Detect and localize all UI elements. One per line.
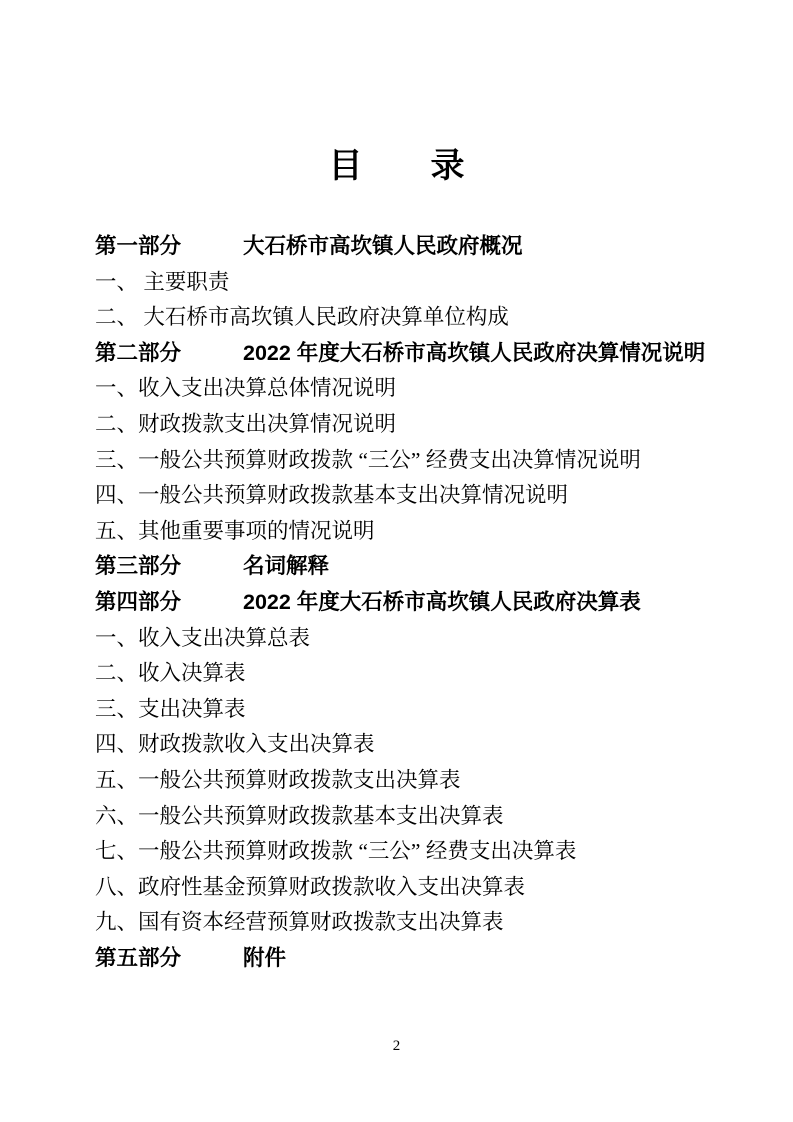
toc-section-title: 名词解释 [243, 554, 329, 578]
toc-item: 五、其他重要事项的情况说明 [95, 514, 753, 550]
toc-item: 五、一般公共预算财政拨款支出决算表 [95, 763, 753, 799]
toc-item: 二、 大石桥市高坎镇人民政府决算单位构成 [95, 300, 753, 336]
document-page: 目 录 第一部分大石桥市高坎镇人民政府概况一、 主要职责二、 大石桥市高坎镇人民… [0, 0, 793, 1122]
toc-item: 九、国有资本经营预算财政拨款支出决算表 [95, 905, 753, 941]
toc-item: 七、一般公共预算财政拨款 “三公” 经费支出决算表 [95, 834, 753, 870]
toc-item: 一、 主要职责 [95, 265, 753, 301]
toc-section-heading: 第五部分附件 [95, 941, 753, 977]
toc-item: 三、支出决算表 [95, 692, 753, 728]
toc-section-label: 第三部分 [95, 549, 243, 585]
toc-section-label: 第二部分 [95, 336, 243, 372]
toc-section-title: 大石桥市高坎镇人民政府概况 [243, 234, 523, 258]
toc-section-label: 第一部分 [95, 229, 243, 265]
toc-section-title: 附件 [243, 946, 286, 970]
toc-item: 四、财政拨款收入支出决算表 [95, 727, 753, 763]
toc-item: 三、一般公共预算财政拨款 “三公” 经费支出决算情况说明 [95, 443, 753, 479]
page-number: 2 [0, 1036, 793, 1056]
toc-item: 一、收入支出决算总表 [95, 621, 753, 657]
toc-section-title: 2022 年度大石桥市高坎镇人民政府决算表 [243, 590, 641, 614]
toc-item: 二、财政拨款支出决算情况说明 [95, 407, 753, 443]
toc-item: 八、政府性基金预算财政拨款收入支出决算表 [95, 870, 753, 906]
toc-item: 四、一般公共预算财政拨款基本支出决算情况说明 [95, 478, 753, 514]
toc-section-heading: 第一部分大石桥市高坎镇人民政府概况 [95, 229, 753, 265]
table-of-contents: 第一部分大石桥市高坎镇人民政府概况一、 主要职责二、 大石桥市高坎镇人民政府决算… [95, 229, 753, 976]
toc-item: 一、收入支出决算总体情况说明 [95, 371, 753, 407]
page-title: 目 录 [0, 146, 793, 186]
toc-section-heading: 第四部分2022 年度大石桥市高坎镇人民政府决算表 [95, 585, 753, 621]
toc-section-label: 第四部分 [95, 585, 243, 621]
toc-item: 六、一般公共预算财政拨款基本支出决算表 [95, 799, 753, 835]
toc-item: 二、收入决算表 [95, 656, 753, 692]
toc-section-label: 第五部分 [95, 941, 243, 977]
toc-section-title: 2022 年度大石桥市高坎镇人民政府决算情况说明 [243, 341, 705, 365]
toc-section-heading: 第二部分2022 年度大石桥市高坎镇人民政府决算情况说明 [95, 336, 753, 372]
toc-section-heading: 第三部分名词解释 [95, 549, 753, 585]
